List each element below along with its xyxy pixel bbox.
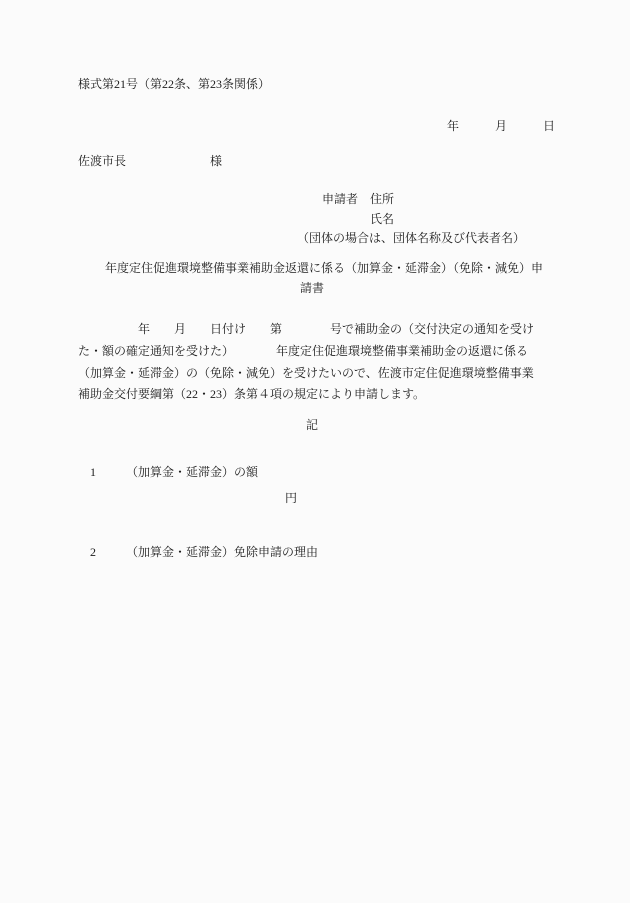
form-page: 様式第21号（第22条、第23条関係） 年 月 日 佐渡市長 様 申請者 住所 …	[0, 0, 630, 903]
body-paragraph-line4: 補助金交付要綱第（22・23）条第４項の規定により申請します。	[78, 386, 425, 402]
body-paragraph-line3: （加算金・延滞金）の（免除・減免）を受けたいので、佐渡市定住促進環境整備事業	[78, 365, 534, 381]
document-title-line1: 年度定住促進環境整備事業補助金返還に係る（加算金・延滞金）（免除・減免）申	[78, 260, 546, 276]
item2-row: 2（加算金・延滞金）免除申請の理由	[78, 528, 318, 576]
applicant-name-line: 氏名	[370, 211, 394, 227]
issue-date-line: 年 月 日	[447, 118, 555, 134]
item2-label: （加算金・延滞金）免除申請の理由	[126, 545, 318, 559]
item1-row: 1（加算金・延滞金）の額	[78, 448, 258, 496]
body-paragraph-line1: 年 月 日付け 第 号で補助金の（交付決定の通知を受け	[78, 321, 534, 337]
applicant-address-line: 申請者 住所	[322, 191, 394, 207]
document-title-line2: 請書	[78, 280, 546, 296]
form-number: 様式第21号（第22条、第23条関係）	[78, 76, 270, 92]
applicant-org-note: （団体の場合は、団体名称及び代表者名）	[297, 230, 525, 246]
section-marker: 記	[78, 417, 546, 433]
item1-label: （加算金・延滞金）の額	[126, 465, 258, 479]
item1-number: 1	[90, 464, 126, 480]
amount-unit: 円	[285, 490, 297, 506]
body-paragraph-line2: た・額の確定通知を受けた） 年度定住促進環境整備事業補助金の返還に係る	[78, 343, 528, 359]
addressee-line: 佐渡市長 様	[78, 153, 222, 169]
item2-number: 2	[90, 544, 126, 560]
